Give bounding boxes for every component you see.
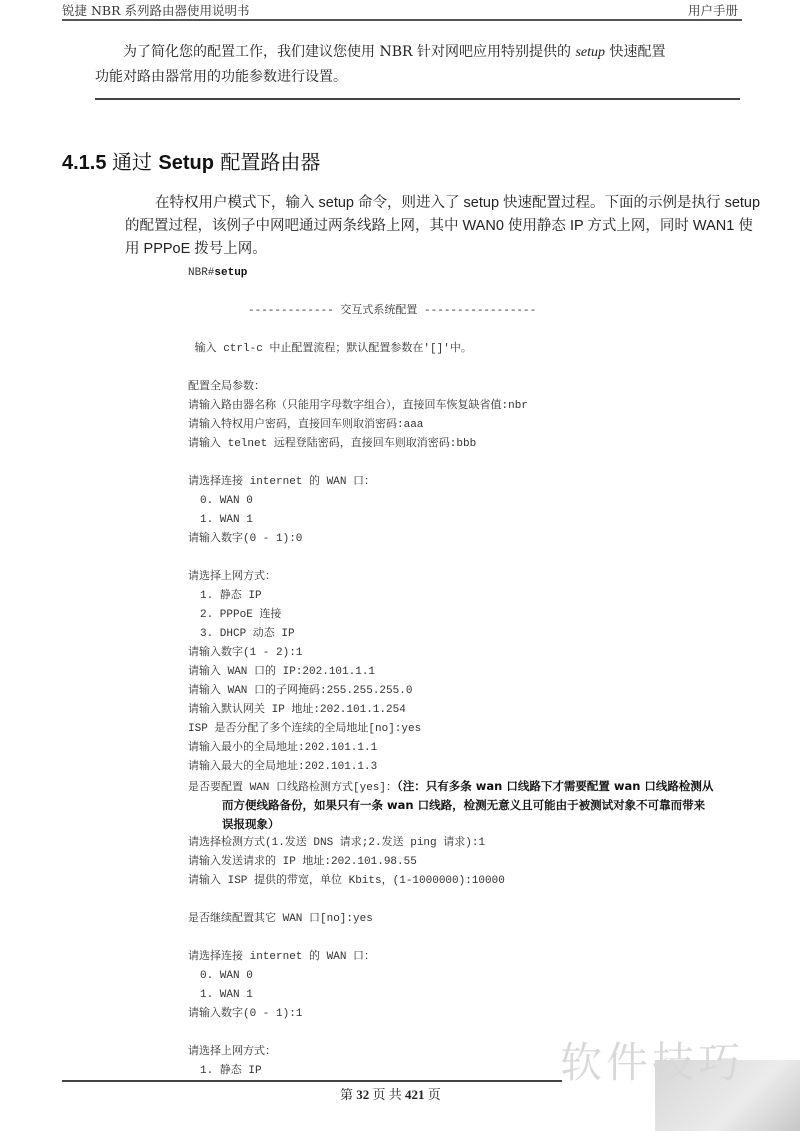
console-option: 0. WAN 0 (188, 492, 788, 511)
intro-keyword: setup (575, 45, 605, 60)
section-title-text: 配置路由器 (214, 150, 320, 174)
console-line: 请选择连接 internet 的 WAN 口： (188, 948, 788, 967)
footer-text: 页 (425, 1087, 441, 1102)
console-line: 请选择检测方式(1.发送 DNS 请求;2.发送 ping 请求):1 (188, 834, 788, 853)
console-line: 请输入 WAN 口的子网掩码:255.255.255.0 (188, 682, 788, 701)
watermark-text: 软件技巧 (560, 1030, 744, 1090)
detect-note: （注：只有多条 wan 口线路下才需要配置 wan 口线路检测从 (397, 779, 713, 793)
console-line: 是否继续配置其它 WAN 口[no]:yes (188, 910, 788, 929)
header-doc-title: 锐捷 NBR 系列路由器使用说明书 (62, 1, 249, 19)
console-line: 请输入数字(0 - 1):1 (188, 1005, 788, 1024)
detect-question: 是否要配置 WAN 口线路检测方式[yes]： (188, 782, 397, 794)
console-line: 请输入最大的全局地址:202.101.1.3 (188, 758, 788, 777)
section-title-keyword: Setup (158, 152, 214, 174)
page-footer: 第 32 页 共 421 页 (340, 1084, 441, 1103)
prompt-host: NBR# (188, 267, 214, 279)
detect-note: 误报现象） (188, 815, 788, 834)
console-option: 1. WAN 1 (188, 986, 788, 1005)
console-option: 1. WAN 1 (188, 511, 788, 530)
divider (95, 98, 740, 100)
intro-text-line2: 功能对路由器常用的功能参数进行设置。 (95, 65, 745, 89)
console-line: 请输入最小的全局地址:202.101.1.1 (188, 739, 788, 758)
console-prompt: NBR#setup (188, 264, 788, 283)
console-line: 请输入数字(0 - 1):0 (188, 530, 788, 549)
intro-paragraph: 为了简化您的配置工作，我们建议您使用 NBR 针对网吧应用特别提供的 setup… (95, 40, 745, 89)
console-line: 输入 ctrl-c 中止配置流程；默认配置参数在'[]'中。 (188, 340, 788, 359)
section-number: 4.1.5 (62, 152, 106, 174)
intro-text: 为了简化您的配置工作，我们建议您使用 NBR 针对网吧应用特别提供的 (123, 44, 575, 60)
console-option: 1. 静态 IP (188, 587, 788, 606)
console-line: 请输入默认网关 IP 地址:202.101.1.254 (188, 701, 788, 720)
footer-divider (62, 1080, 562, 1082)
detect-note: 而方便线路备份，如果只有一条 wan 口线路，检测无意义且可能由于被测试对象不可… (188, 796, 788, 815)
console-option: 2. PPPoE 连接 (188, 606, 788, 625)
console-line: 请输入 ISP 提供的带宽，单位 Kbits，(1-1000000):10000 (188, 872, 788, 891)
body-paragraph: 在特权用户模式下，输入 setup 命令，则进入了 setup 快速配置过程。下… (125, 192, 765, 261)
console-line: 请输入 telnet 远程登陆密码，直接回车则取消密码:bbb (188, 435, 788, 454)
console-line: 请选择连接 internet 的 WAN 口： (188, 473, 788, 492)
header-doc-type: 用户手册 (688, 1, 738, 19)
footer-text: 第 (340, 1087, 356, 1102)
console-line: 请输入数字(1 - 2):1 (188, 644, 788, 663)
section-heading: 4.1.5 通过 Setup 配置路由器 (62, 146, 320, 175)
section-title-text: 通过 (112, 150, 158, 174)
footer-text: 页 共 (369, 1087, 405, 1102)
console-line: ISP 是否分配了多个连续的全局地址[no]:yes (188, 720, 788, 739)
console-line: 请输入 WAN 口的 IP:202.101.1.1 (188, 663, 788, 682)
intro-text: 快速配置 (605, 44, 665, 60)
page-number: 32 (356, 1087, 369, 1102)
console-line: 请输入发送请求的 IP 地址:202.101.98.55 (188, 853, 788, 872)
section-body: 在特权用户模式下，输入 setup 命令，则进入了 setup 快速配置过程。下… (125, 192, 765, 261)
console-line: 配置全局参数： (188, 378, 788, 397)
console-option: 0. WAN 0 (188, 967, 788, 986)
console-line: 请输入路由器名称（只能用字母数字组合），直接回车恢复缺省值:nbr (188, 397, 788, 416)
console-option: 3. DHCP 动态 IP (188, 625, 788, 644)
console-banner: ------------- 交互式系统配置 ----------------- (188, 302, 788, 321)
page-header: 锐捷 NBR 系列路由器使用说明书 用户手册 (62, 0, 742, 21)
page-total: 421 (405, 1087, 425, 1102)
console-example: NBR#setup ------------- 交互式系统配置 --------… (188, 264, 788, 1081)
console-line: 请选择上网方式： (188, 568, 788, 587)
console-line: 是否要配置 WAN 口线路检测方式[yes]：（注：只有多条 wan 口线路下才… (188, 777, 788, 796)
console-line: 请输入特权用户密码，直接回车则取消密码:aaa (188, 416, 788, 435)
prompt-command: setup (214, 267, 247, 279)
